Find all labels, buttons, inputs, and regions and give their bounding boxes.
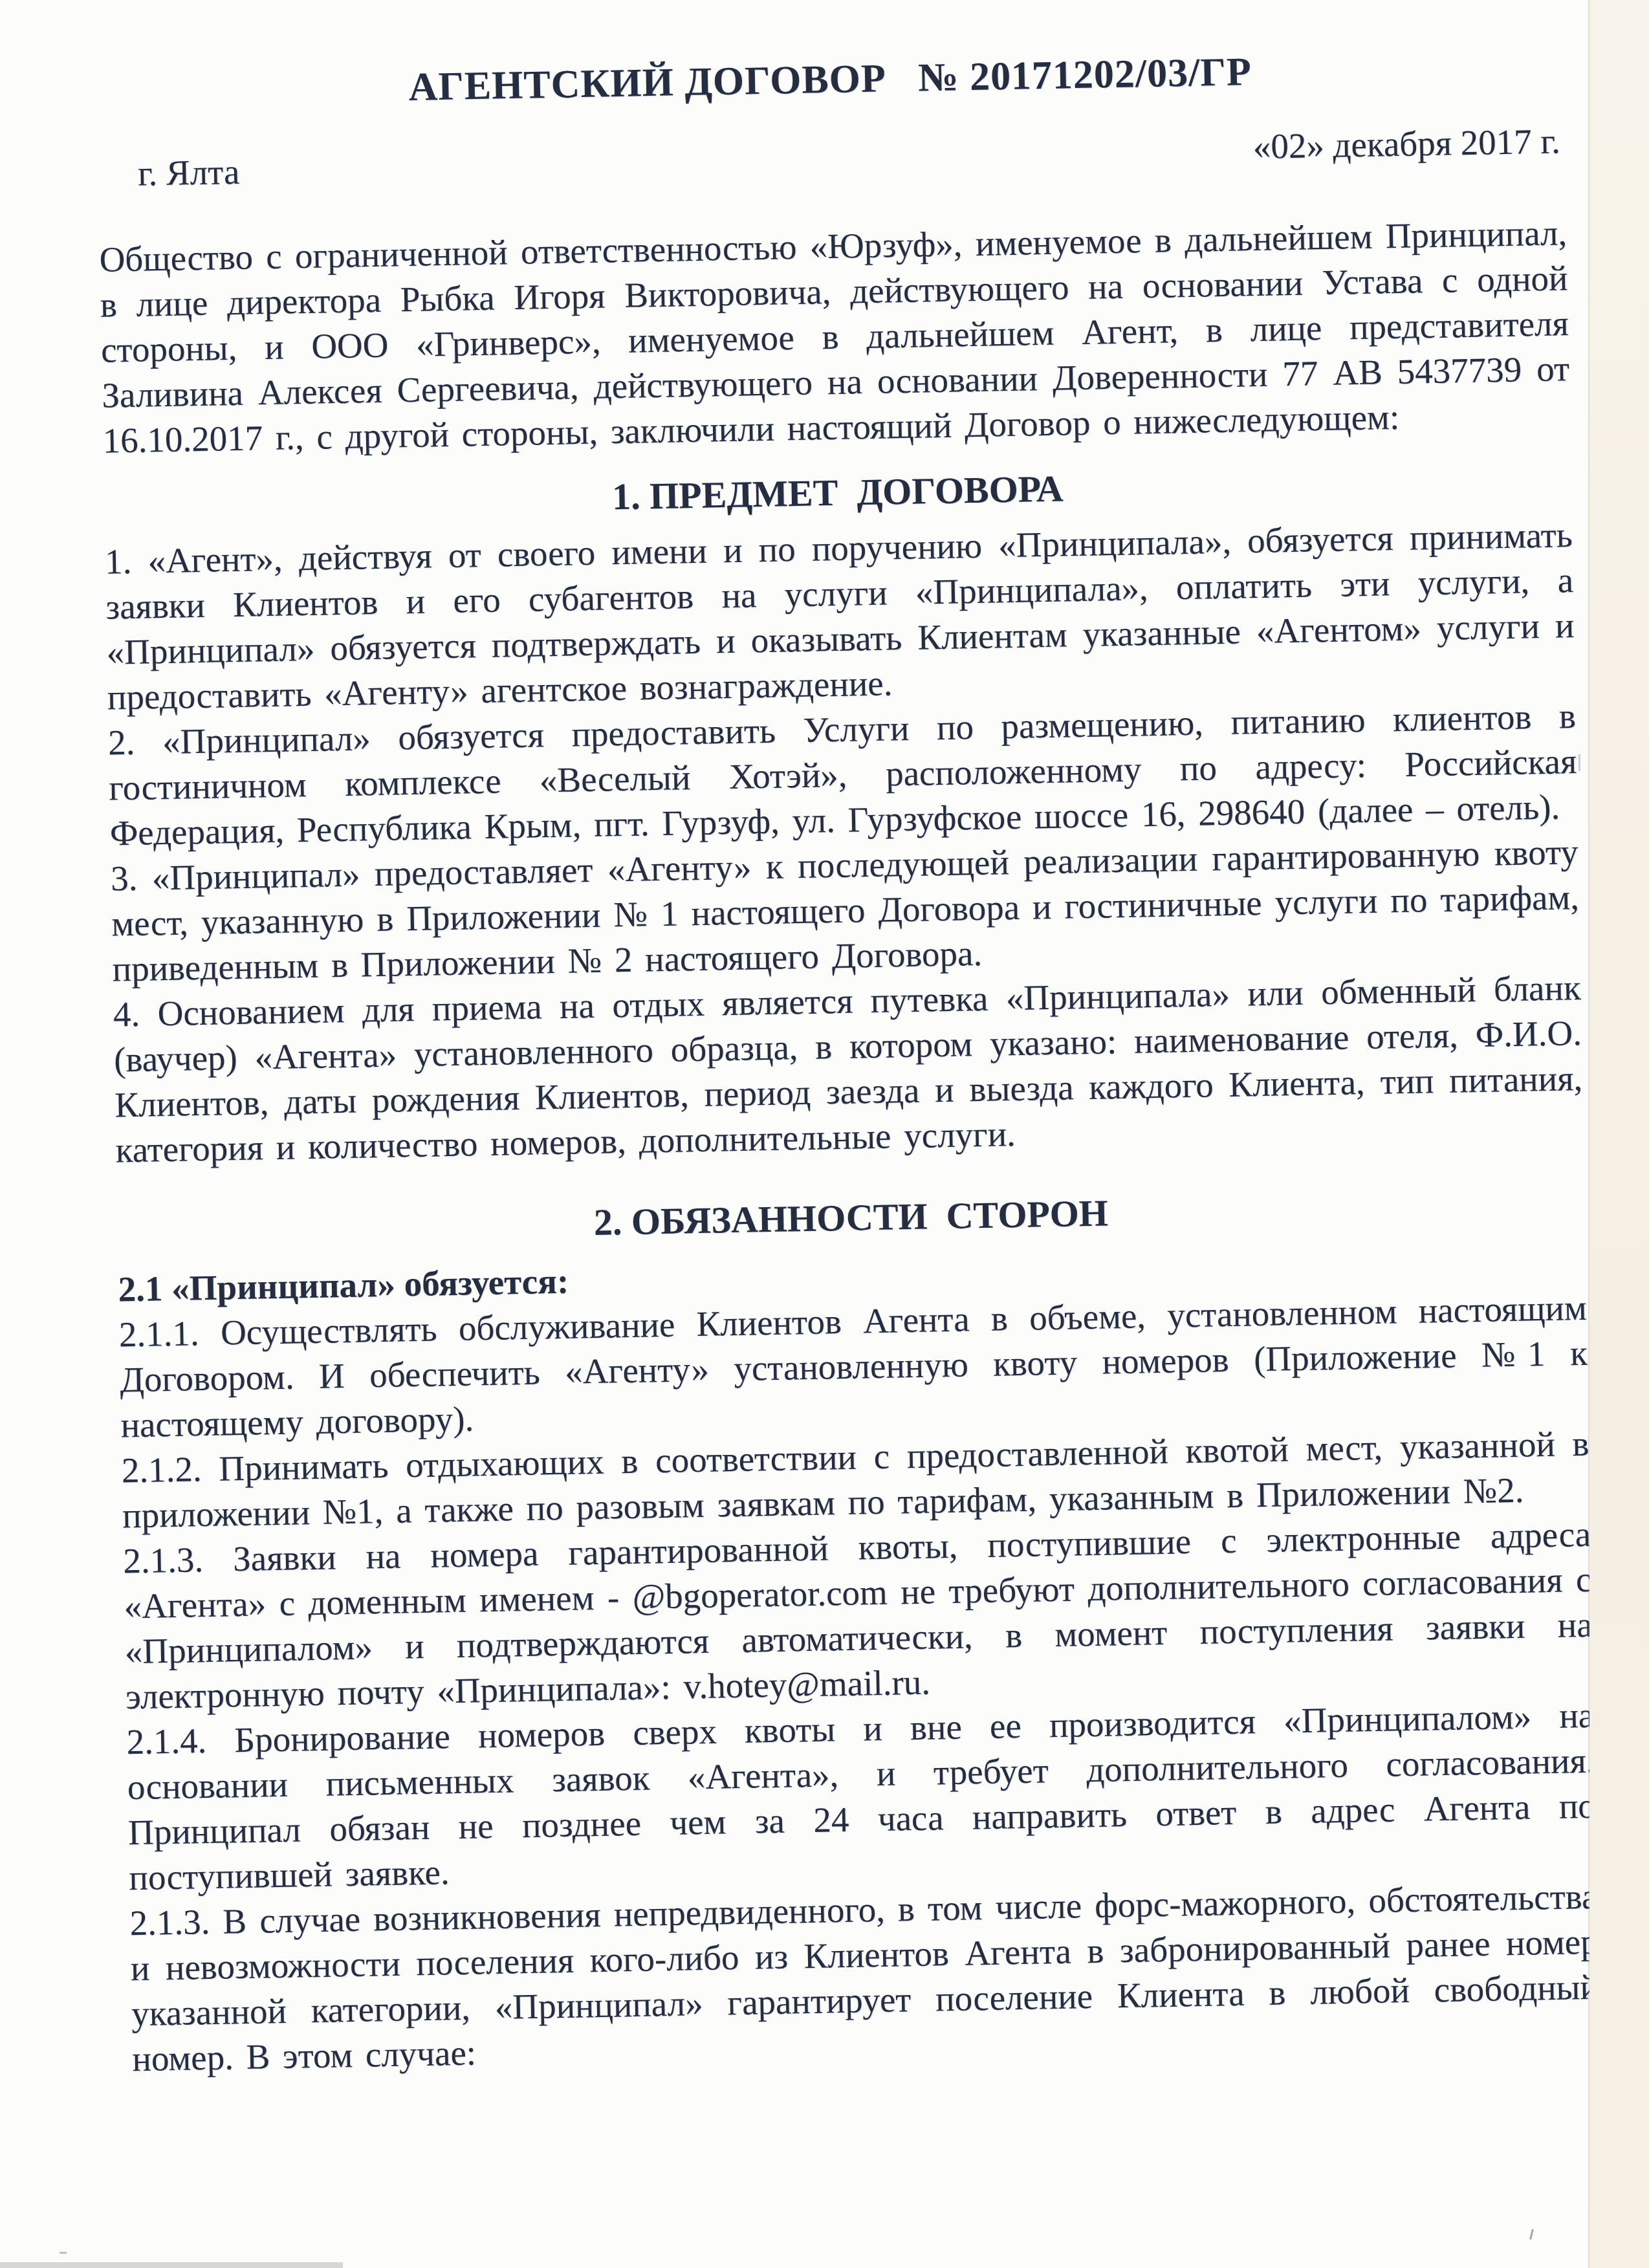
scan-bottom-strip [0,2262,343,2268]
contract-title: АГЕНТСКИЙ ДОГОВОР № 20171202/03/ГР [96,43,1564,116]
section-1-paragraph-2: 2. «Принципал» обязуется предоставить Ус… [108,693,1578,856]
contract-city: г. Ялта [97,149,239,197]
section-2-heading: 2. ОБЯЗАННОСТИ СТОРОН [116,1183,1585,1253]
section-1-paragraph-1: 1. «Агент», действуя от своего имени и п… [104,512,1575,721]
section-1-paragraph-4: 4. Основанием для приема на отдых являет… [113,965,1584,1173]
scan-speck [60,2252,67,2254]
scan-speck [1529,2229,1534,2240]
city-date-row: г. Ялта «02» декабря 2017 г. [97,125,1566,197]
scan-speck [1578,754,1580,771]
section-2-paragraph-1: 2.1.1. Осуществлять обслуживание Клиенто… [118,1285,1588,1448]
scan-edge-band [1589,0,1649,2268]
intro-paragraph: Общество с ограниченной ответственностью… [99,210,1571,464]
scan-speck [1491,547,1494,551]
section-2-paragraph-4: 2.1.4. Бронирование номеров сверх квоты … [126,1693,1597,1901]
section-1-paragraph-3: 3. «Принципал» предоставляет «Агенту» к … [110,829,1580,992]
scanned-contract-page: АГЕНТСКИЙ ДОГОВОР № 20171202/03/ГР г. Ял… [0,0,1649,2268]
section-2-paragraph-3: 2.1.3. Заявки на номера гарантированной … [123,1512,1594,1720]
contract-date: «02» декабря 2017 г. [1252,118,1566,169]
scan-edge-line [1588,0,1589,2268]
contract-content: АГЕНТСКИЙ ДОГОВОР № 20171202/03/ГР г. Ял… [96,43,1600,2082]
section-2-paragraph-5: 2.1.3. В случае возникновения непредвиде… [129,1874,1600,2082]
